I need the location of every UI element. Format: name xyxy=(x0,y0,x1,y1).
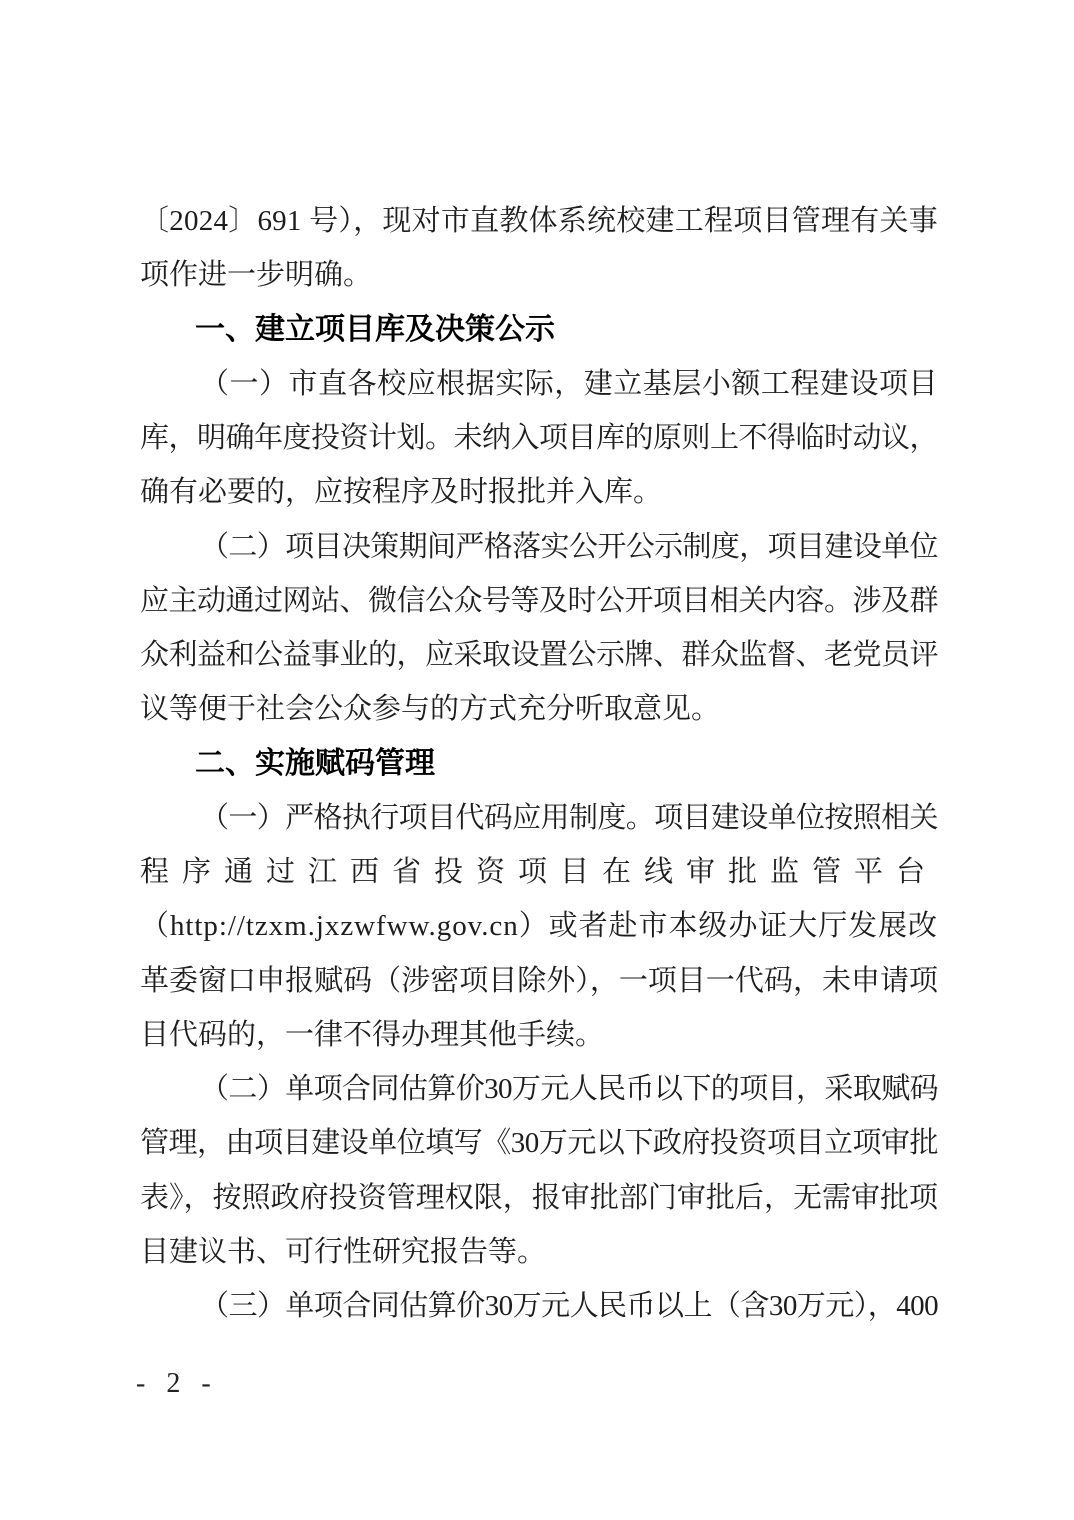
document-line: 众利益和公益事业的，应采取设置公示牌、群众监督、老党员评 xyxy=(140,628,938,682)
document-page: 〔2024〕691 号），现对市直教体系统校建工程项目管理有关事项作进一步明确。… xyxy=(0,0,1074,1520)
document-line: 应主动通过网站、微信公众号等及时公开项目相关内容。涉及群 xyxy=(140,574,938,628)
document-line: 程序通过江西省投资项目在线审批监管平台 xyxy=(140,845,938,899)
document-line: 确有必要的，应按程序及时报批并入库。 xyxy=(140,465,938,519)
document-line: 管理，由项目建设单位填写《30万元以下政府投资项目立项审批 xyxy=(140,1116,938,1170)
document-line: 目代码的，一律不得办理其他手续。 xyxy=(140,1008,938,1062)
page-number: - 2 - xyxy=(136,1368,216,1400)
section-heading: 二、实施赋码管理 xyxy=(140,737,938,791)
document-line: 〔2024〕691 号），现对市直教体系统校建工程项目管理有关事 xyxy=(140,194,938,248)
document-line: 表》，按照政府投资管理权限，报审批部门审批后，无需审批项 xyxy=(140,1171,938,1225)
section-heading: 一、建立项目库及决策公示 xyxy=(140,303,938,357)
document-line: （三）单项合同估算价30万元人民币以上（含30万元），400 xyxy=(140,1279,938,1333)
document-line: （二）单项合同估算价30万元人民币以下的项目，采取赋码 xyxy=(140,1062,938,1116)
document-line: 目建议书、可行性研究报告等。 xyxy=(140,1225,938,1279)
document-line: （二）项目决策期间严格落实公开公示制度，项目建设单位 xyxy=(140,520,938,574)
document-line: 革委窗口申报赋码（涉密项目除外），一项目一代码，未申请项 xyxy=(140,954,938,1008)
document-line: 议等便于社会公众参与的方式充分听取意见。 xyxy=(140,682,938,736)
document-body: 〔2024〕691 号），现对市直教体系统校建工程项目管理有关事项作进一步明确。… xyxy=(140,194,938,1333)
document-line: （http://tzxm.jxzwfww.gov.cn）或者赴市本级办证大厅发展… xyxy=(140,899,938,953)
document-line: （一）严格执行项目代码应用制度。项目建设单位按照相关 xyxy=(140,791,938,845)
document-line: （一）市直各校应根据实际，建立基层小额工程建设项目 xyxy=(140,357,938,411)
document-line: 库，明确年度投资计划。未纳入项目库的原则上不得临时动议， xyxy=(140,411,938,465)
document-line: 项作进一步明确。 xyxy=(140,248,938,302)
